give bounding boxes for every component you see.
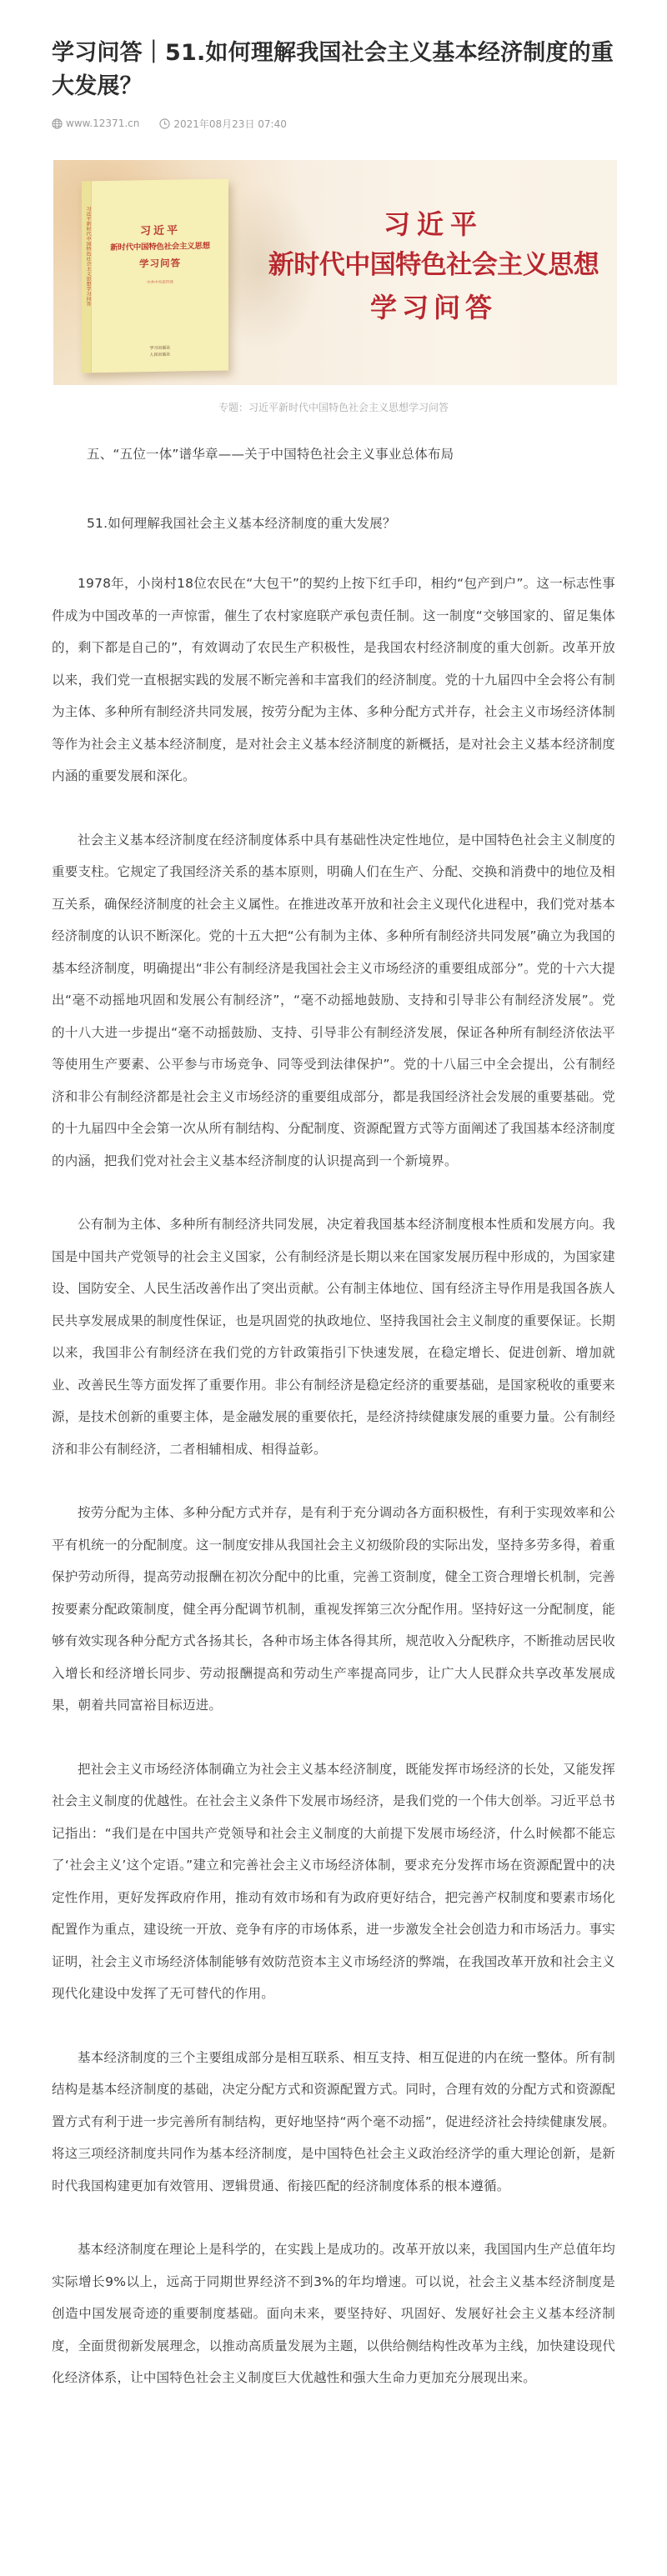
book-title-line2: 新时代中国特色社会主义思想 bbox=[92, 238, 228, 253]
body-paragraph: 1978年，小岗村18位农民在“大包干”的契约上按下红手印，相约“包产到户”。这… bbox=[52, 568, 615, 793]
source-link[interactable]: www.12371.cn bbox=[66, 118, 139, 129]
section-heading: 五、“五位一体”谱华章——关于中国特色社会主义事业总体布局 bbox=[52, 438, 615, 471]
banner-headline: 习近平 新时代中国特色社会主义思想 学习问答 bbox=[250, 205, 617, 328]
book-cover-illustration: 习近平新时代中国特色社会主义思想学习问答 习近平 新时代中国特色社会主义思想 学… bbox=[82, 178, 228, 373]
banner-figure: 习近平新时代中国特色社会主义思想学习问答 习近平 新时代中国特色社会主义思想 学… bbox=[52, 160, 615, 417]
body-paragraph: 公有制为主体、多种所有制经济共同发展，决定着我国基本经济制度根本性质和发展方向。… bbox=[52, 1208, 615, 1465]
book-spine-text: 习近平新时代中国特色社会主义思想学习问答 bbox=[83, 206, 91, 306]
book-spine: 习近平新时代中国特色社会主义思想学习问答 bbox=[82, 181, 92, 373]
datetime-meta: 2021年08月23日 07:40 bbox=[159, 117, 286, 131]
body-paragraph: 按劳分配为主体、多种分配方式并存，是有利于充分调动各方面积极性，有利于实现效率和… bbox=[52, 1497, 615, 1722]
banner-headline-line1: 习近平 bbox=[250, 205, 617, 243]
article-page: 学习问答｜51.如何理解我国社会主义基本经济制度的重大发展？ www.12371… bbox=[0, 0, 667, 2444]
source-meta: www.12371.cn bbox=[52, 118, 139, 129]
banner-caption[interactable]: 专题：习近平新时代中国特色社会主义思想学习问答 bbox=[52, 400, 615, 417]
book-title-line3: 学习问答 bbox=[92, 255, 228, 271]
banner-image: 习近平新时代中国特色社会主义思想学习问答 习近平 新时代中国特色社会主义思想 学… bbox=[53, 160, 617, 385]
article-meta: www.12371.cn 2021年08月23日 07:40 bbox=[52, 115, 615, 132]
globe-icon bbox=[52, 118, 63, 129]
body-paragraph: 把社会主义市场经济体制确立为社会主义基本经济制度，既能发挥市场经济的长处，又能发… bbox=[52, 1753, 615, 2010]
publish-datetime: 2021年08月23日 07:40 bbox=[173, 117, 286, 131]
banner-headline-line2: 新时代中国特色社会主义思想 bbox=[250, 243, 617, 287]
clock-icon bbox=[159, 118, 170, 129]
article-title: 学习问答｜51.如何理解我国社会主义基本经济制度的重大发展？ bbox=[52, 37, 615, 103]
body-paragraph: 基本经济制度的三个主要组成部分是相互联系、相互支持、相互促进的内在统一整体。所有… bbox=[52, 2042, 615, 2203]
question-heading: 51.如何理解我国社会主义基本经济制度的重大发展？ bbox=[52, 508, 615, 540]
book-subtitle: 中共中央宣传部 bbox=[92, 278, 228, 286]
body-paragraph: 社会主义基本经济制度在经济制度体系中具有基础性决定性地位，是中国特色社会主义制度… bbox=[52, 824, 615, 1178]
book-title-line1: 习近平 bbox=[92, 220, 228, 238]
book-publishers: 学习出版社 人民出版社 bbox=[92, 343, 228, 359]
body-paragraph: 基本经济制度在理论上是科学的，在实践上是成功的。改革开放以来，我国国内生产总值年… bbox=[52, 2233, 615, 2394]
banner-headline-line3: 学习问答 bbox=[250, 287, 617, 328]
